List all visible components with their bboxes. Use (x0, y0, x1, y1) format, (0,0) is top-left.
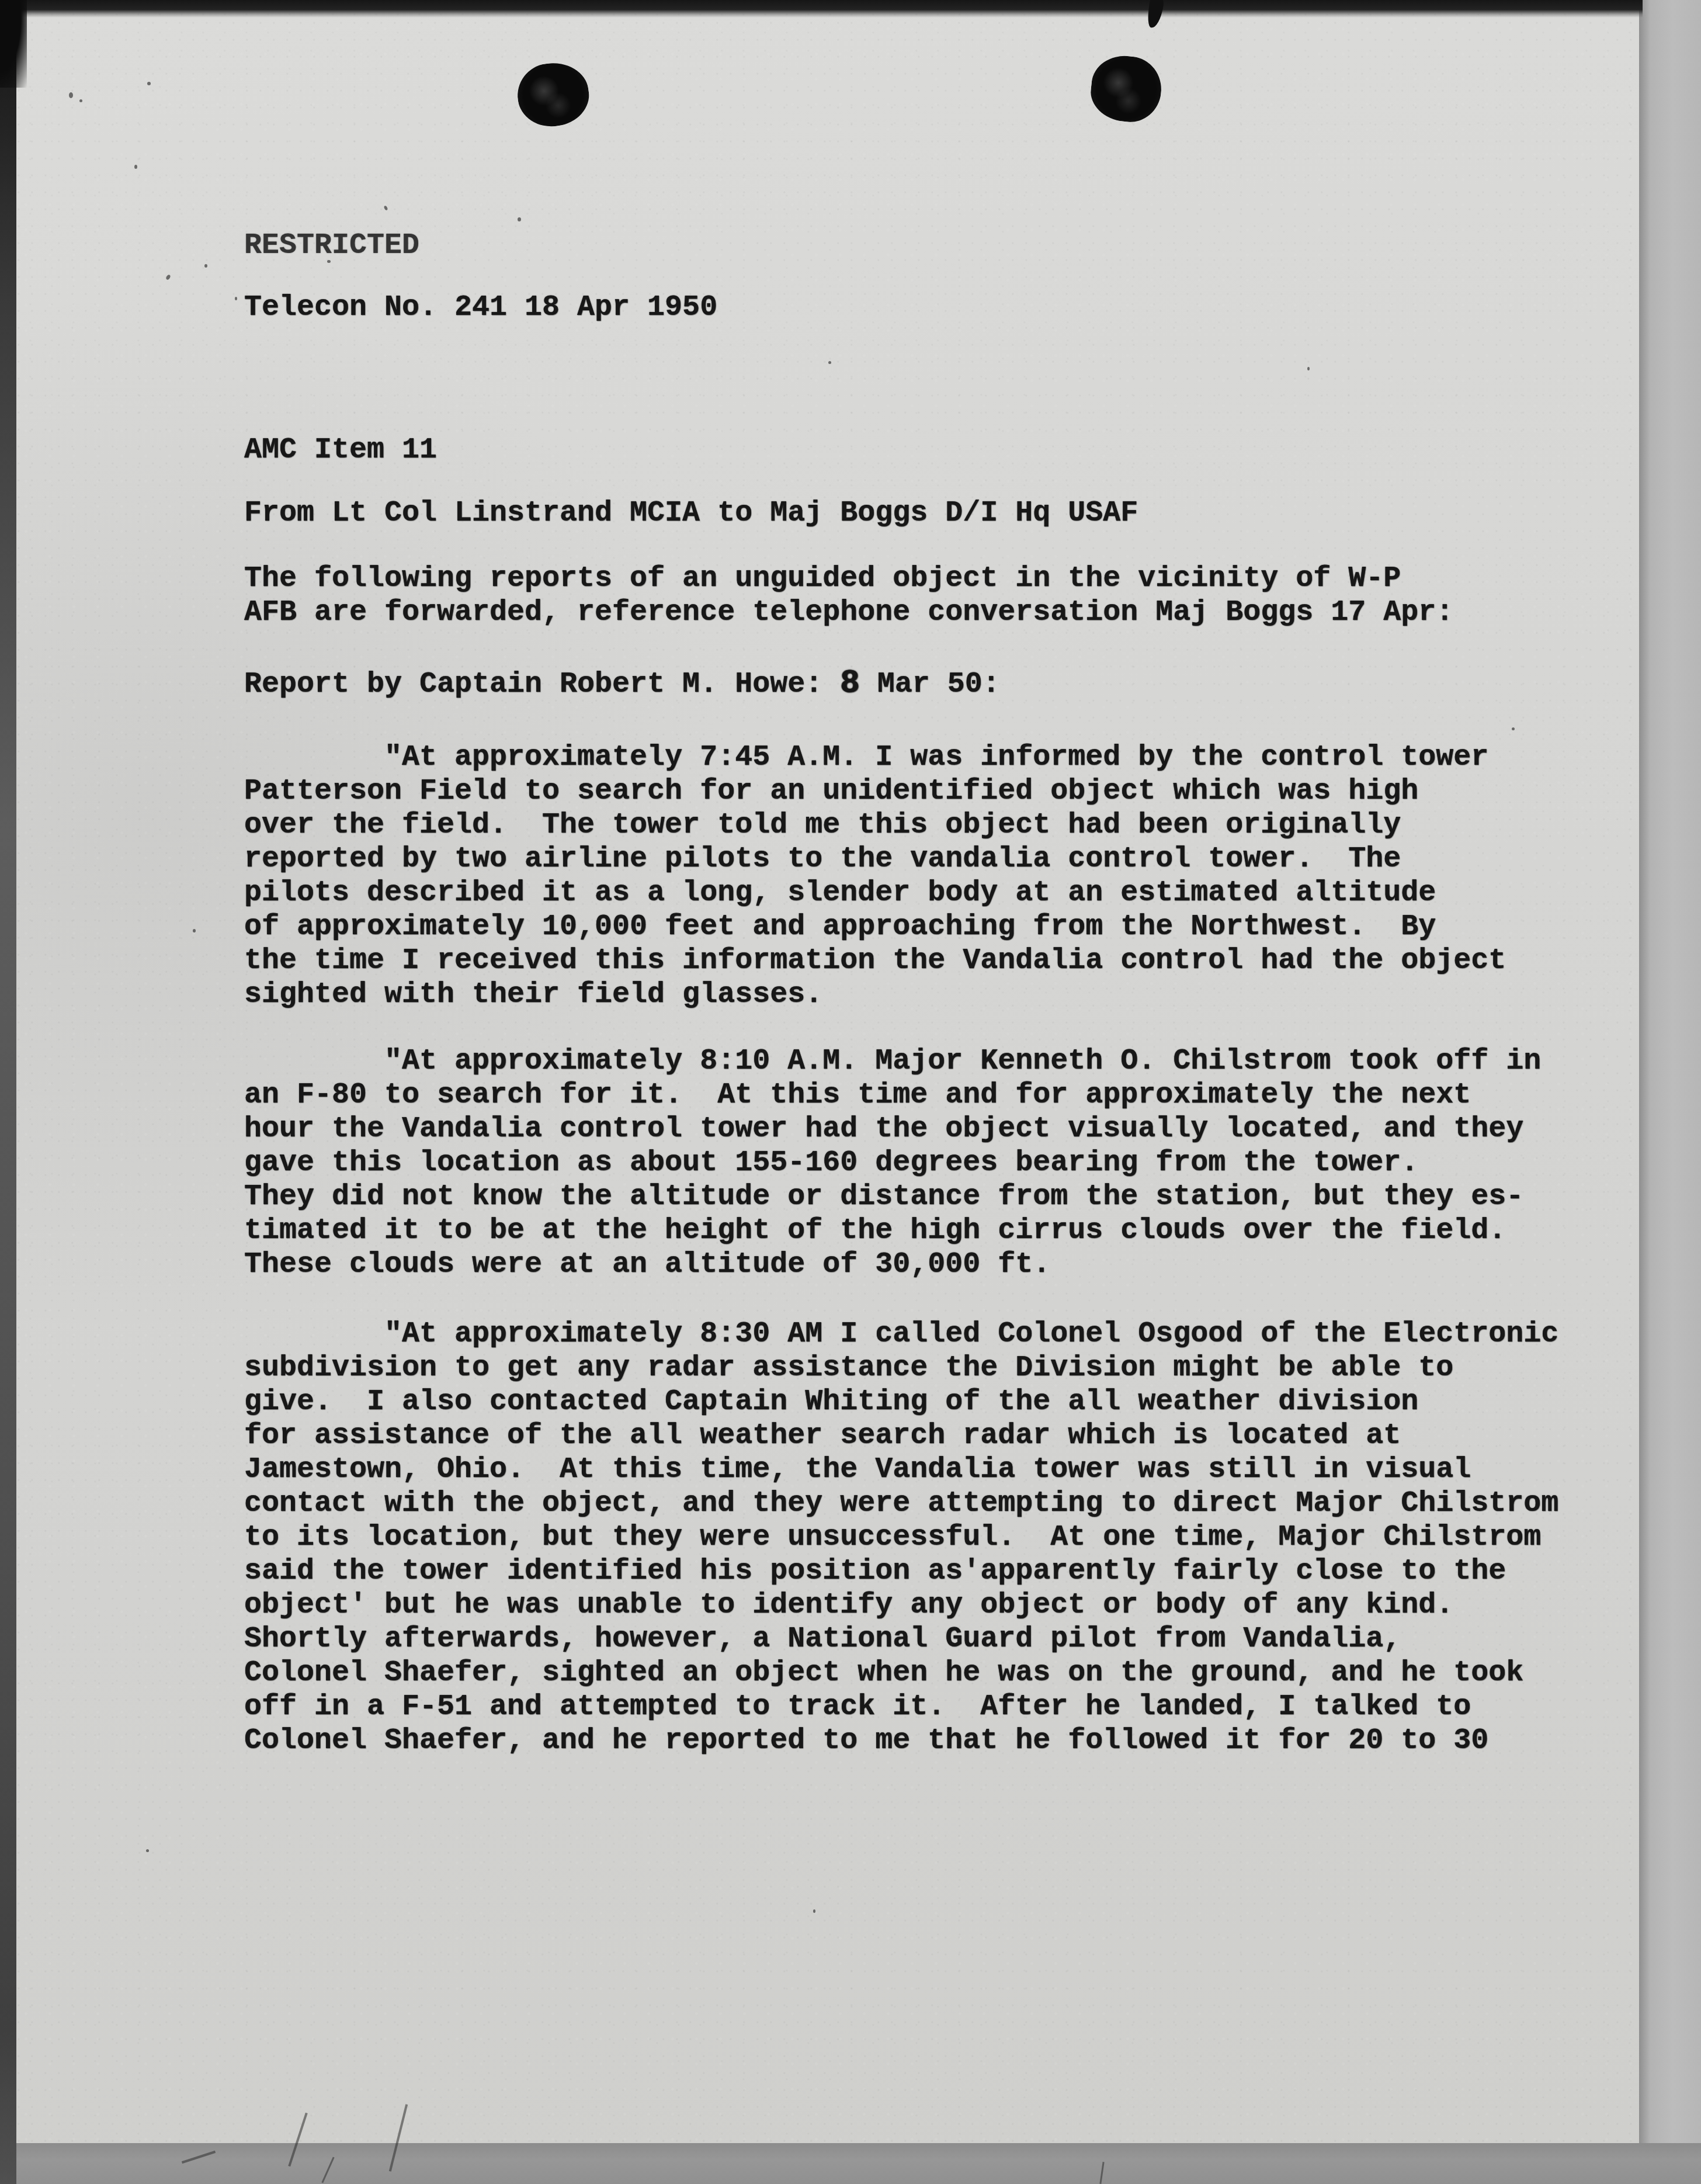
telecon-number-line: Telecon No. 241 18 Apr 1950 (244, 291, 717, 325)
report-heading-text: Report by Captain Robert M. Howe: (244, 668, 840, 701)
report-paragraph-2: "At approximately 8:10 A.M. Major Kennet… (244, 1045, 1541, 1282)
report-date-day: 8 (840, 664, 860, 702)
paper-speck (828, 361, 831, 364)
paper-speck (235, 297, 237, 300)
scanner-edge-bottom (0, 2143, 1701, 2184)
scanner-corner-top-left (0, 0, 27, 88)
scanner-edge-right (1639, 0, 1701, 2184)
report-paragraph-3: "At approximately 8:30 AM I called Colon… (244, 1318, 1558, 1758)
classification-stamp: RESTRICTED (244, 229, 419, 263)
paper-speck (134, 165, 137, 169)
scanner-edge-top (0, 0, 1643, 18)
paper-speck (813, 1909, 815, 1913)
paper-speck (193, 929, 196, 932)
paper-speck (146, 1849, 149, 1852)
paper-speck (79, 99, 82, 102)
paper-speck (518, 217, 521, 221)
report-date-rest: Mar 50: (860, 668, 1000, 701)
from-line: From Lt Col Linstrand MCIA to Maj Boggs … (244, 497, 1138, 531)
paper-speck (204, 264, 207, 268)
paper-speck (147, 82, 151, 85)
paper-speck (1307, 367, 1310, 370)
paper-speck (327, 260, 331, 263)
report-heading: Report by Captain Robert M. Howe: 8 Mar … (244, 666, 1000, 702)
intro-paragraph: The following reports of an unguided obj… (244, 562, 1453, 630)
paper-speck (1512, 727, 1515, 730)
amc-item-line: AMC Item 11 (244, 434, 437, 467)
scanner-edge-left (0, 0, 16, 2184)
paper-speck (69, 92, 73, 98)
report-paragraph-1: "At approximately 7:45 A.M. I was inform… (244, 741, 1506, 1012)
scanned-document: RESTRICTED Telecon No. 241 18 Apr 1950 A… (0, 0, 1701, 2184)
